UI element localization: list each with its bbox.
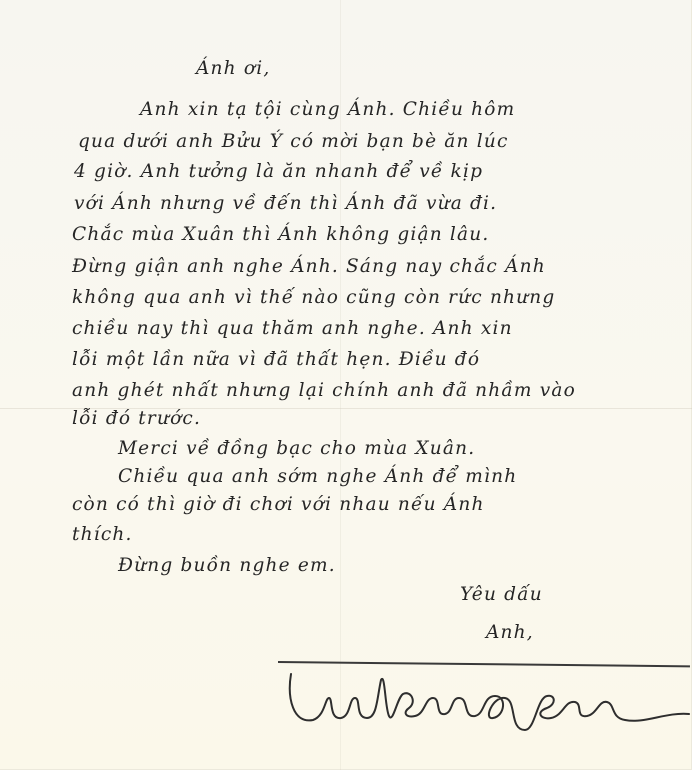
- letter-line: với Ánh nhưng về đến thì Ánh đã vừa đi.: [74, 193, 497, 214]
- letter-paper: Ánh ơi, Anh xin tạ tội cùng Ánh. Chiều h…: [0, 0, 692, 770]
- letter-line: Chắc mùa Xuân thì Ánh không giận lâu.: [72, 224, 489, 245]
- letter-closing: Yêu dấu: [460, 584, 543, 605]
- letter-line: còn có thì giờ đi chơi với nhau nếu Ánh: [72, 494, 485, 515]
- letter-line: qua dưới anh Bửu Ý có mời bạn bè ăn lúc: [78, 131, 509, 152]
- letter-line: Đừng buồn nghe em.: [118, 555, 336, 576]
- letter-line: lỗi đó trước.: [72, 408, 201, 429]
- letter-salutation: Ánh ơi,: [196, 58, 270, 79]
- letter-line: Đừng giận anh nghe Ánh. Sáng nay chắc Án…: [72, 256, 546, 277]
- letter-line: Merci về đồng bạc cho mùa Xuân.: [118, 438, 475, 459]
- letter-line: không qua anh vì thế nào cũng còn rức nh…: [72, 287, 555, 308]
- letter-line: chiều nay thì qua thăm anh nghe. Anh xin: [72, 318, 513, 339]
- signature-icon: [285, 668, 695, 734]
- letter-line: Anh xin tạ tội cùng Ánh. Chiều hôm: [140, 99, 515, 120]
- letter-line: lỗi một lần nữa vì đã thất hẹn. Điều đó: [72, 349, 480, 370]
- letter-line: Chiều qua anh sớm nghe Ánh để mình: [118, 466, 517, 487]
- letter-line: anh ghét nhất nhưng lại chính anh đã nhầ…: [72, 380, 576, 401]
- letter-sign-off: Anh,: [486, 622, 534, 643]
- letter-line: thích.: [72, 524, 133, 545]
- letter-line: 4 giờ. Anh tưởng là ăn nhanh để về kịp: [74, 161, 483, 182]
